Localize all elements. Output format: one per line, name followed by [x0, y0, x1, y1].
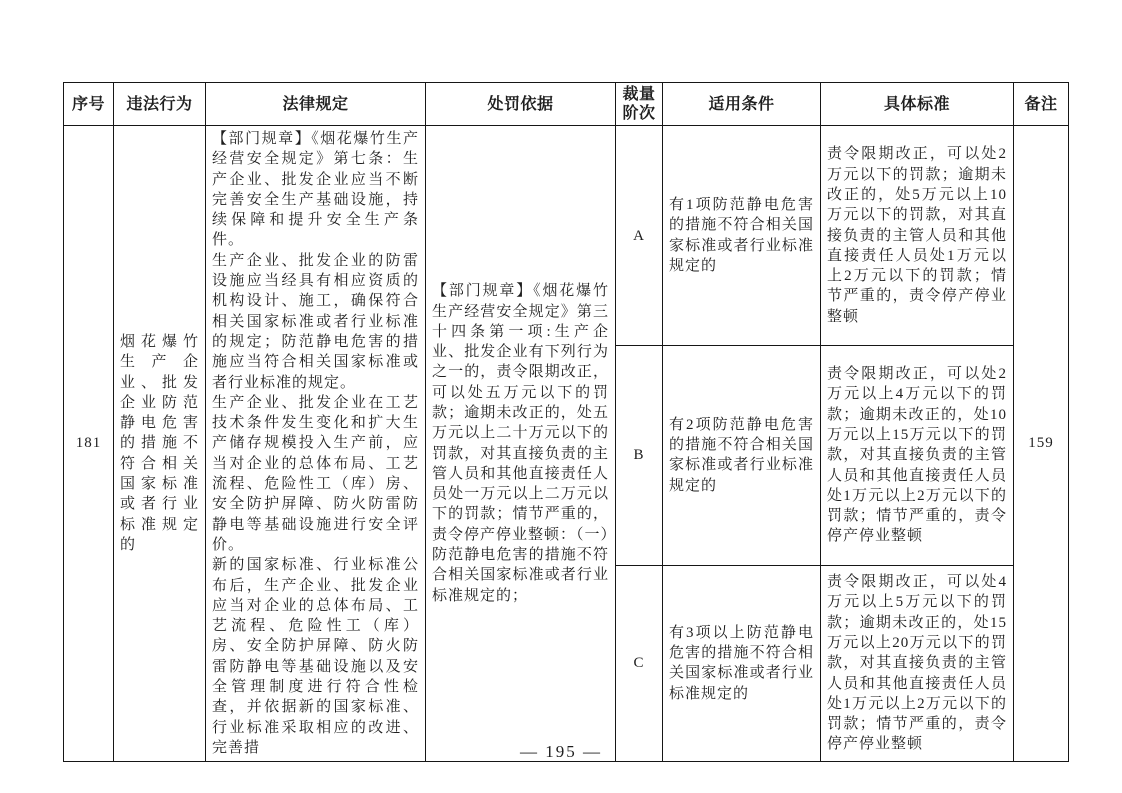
- cell-tier-level-b: B: [616, 346, 663, 565]
- cell-legal-provision: 【部门规章】《烟花爆竹生产经营安全规定》第七条：生产企业、批发企业应当不断完善安…: [206, 126, 426, 762]
- cell-seq: 181: [64, 126, 114, 762]
- legal-paragraph: 生产企业、批发企业的防雷设施应当经具有相应资质的机构设计、施工，确保符合相关国家…: [212, 251, 419, 393]
- col-header-legal-provision: 法律规定: [206, 83, 426, 126]
- legal-paragraph: 新的国家标准、行业标准公布后，生产企业、批发企业应当对企业的总体布局、工艺流程、…: [212, 555, 419, 758]
- col-header-violation: 违法行为: [114, 83, 206, 126]
- col-header-applicable-condition: 适用条件: [663, 83, 821, 126]
- col-header-specific-standard: 具体标准: [821, 83, 1014, 126]
- cell-condition-b: 有2项防范静电危害的措施不符合相关国家标准或者行业标准规定的: [663, 346, 821, 565]
- table-row-tier-a: 181 烟花爆竹生产企业、批发企业防范静电危害的措施不符合相关国家标准或者行业标…: [64, 126, 1069, 346]
- legal-paragraph: 生产企业、批发企业在工艺技术条件发生变化和扩大生产储存规模投入生产前，应当对企业…: [212, 393, 419, 555]
- cell-standard-b: 责令限期改正，可以处2万元以上4万元以下的罚款；逾期未改正的，处10万元以上15…: [821, 346, 1014, 565]
- cell-violation: 烟花爆竹生产企业、批发企业防范静电危害的措施不符合相关国家标准或者行业标准规定的: [114, 126, 206, 762]
- penalty-discretion-table: 序号 违法行为 法律规定 处罚依据 裁量阶次 适用条件 具体标准 备注 181 …: [63, 82, 1069, 762]
- cell-penalty-basis: 【部门规章】《烟花爆竹生产经营安全规定》第三十四条第一项:生产企业、批发企业有下…: [426, 126, 616, 762]
- cell-standard-a: 责令限期改正，可以处2万元以下的罚款；逾期未改正的，处5万元以上10万元以下的罚…: [821, 126, 1014, 346]
- cell-tier-level-c: C: [616, 565, 663, 762]
- col-header-penalty-basis: 处罚依据: [426, 83, 616, 126]
- table-header-row: 序号 违法行为 法律规定 处罚依据 裁量阶次 适用条件 具体标准 备注: [64, 83, 1069, 126]
- cell-condition-c: 有3项以上防范静电危害的措施不符合相关国家标准或者行业标准规定的: [663, 565, 821, 762]
- document-page: 序号 违法行为 法律规定 处罚依据 裁量阶次 适用条件 具体标准 备注 181 …: [0, 0, 1122, 793]
- cell-condition-a: 有1项防范静电危害的措施不符合相关国家标准或者行业标准规定的: [663, 126, 821, 346]
- col-header-discretion-tier: 裁量阶次: [616, 83, 663, 126]
- cell-standard-c: 责令限期改正，可以处4万元以上5万元以下的罚款；逾期未改正的，处15万元以上20…: [821, 565, 1014, 762]
- cell-remark: 159: [1014, 126, 1069, 762]
- page-number: — 195 —: [0, 742, 1122, 762]
- cell-tier-level-a: A: [616, 126, 663, 346]
- legal-paragraph: 【部门规章】《烟花爆竹生产经营安全规定》第七条：生产企业、批发企业应当不断完善安…: [212, 129, 419, 251]
- col-header-seq: 序号: [64, 83, 114, 126]
- col-header-remark: 备注: [1014, 83, 1069, 126]
